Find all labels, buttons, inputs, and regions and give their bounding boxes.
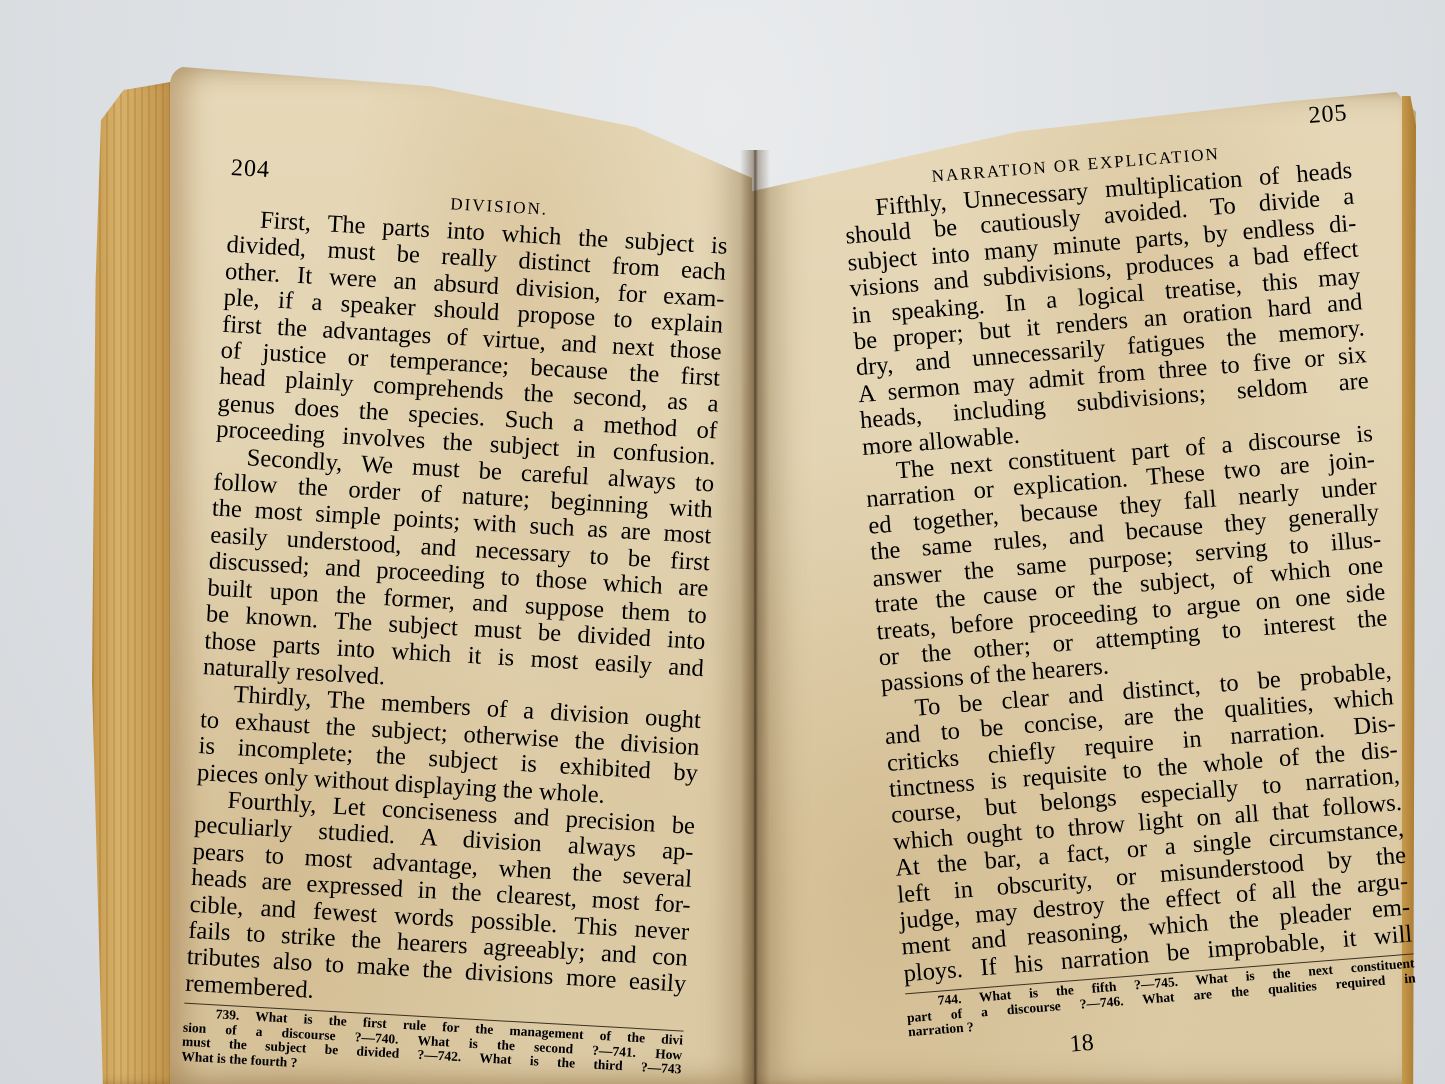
book-gutter bbox=[740, 150, 770, 1084]
signature-mark: 18 bbox=[1069, 1029, 1095, 1057]
photo-scene: 204 DIVISION. First, The parts into whic… bbox=[0, 0, 1445, 1084]
page-number-right: 205 bbox=[1308, 100, 1350, 137]
right-page-text: 205 NARRATION OR EXPLICATION Fifthly, Un… bbox=[838, 100, 1420, 1071]
book-fore-edge bbox=[92, 80, 182, 1084]
left-body: First, The parts into which the subject … bbox=[185, 206, 728, 1025]
page-number-left: 204 bbox=[230, 155, 270, 184]
left-page-text: 204 DIVISION. First, The parts into whic… bbox=[181, 150, 731, 1084]
right-body: Fifthly, Unnecessary multiplication of h… bbox=[843, 158, 1414, 988]
running-head-left: DIVISION. bbox=[450, 194, 549, 218]
